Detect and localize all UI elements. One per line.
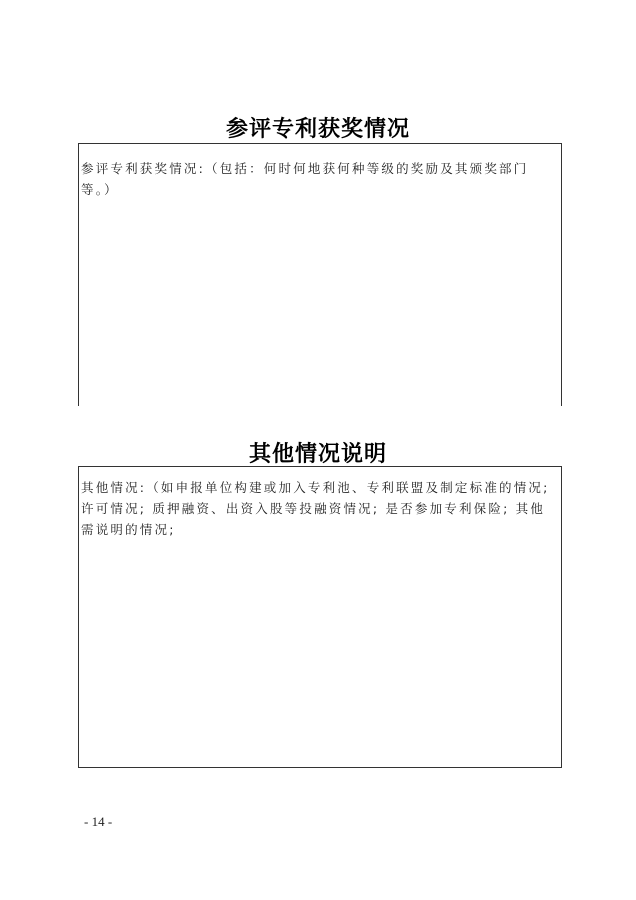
page-number: - 14 -: [84, 814, 112, 830]
award-info-prompt: 参评专利获奖情况:（包括：何时何地获何种等级的奖励及其颁奖部门等。）: [79, 144, 561, 200]
other-info-box[interactable]: 其他情况:（如申报单位构建或加入专利池、专利联盟及制定标准的情况; 许可情况; …: [78, 466, 562, 768]
other-info-prompt: 其他情况:（如申报单位构建或加入专利池、专利联盟及制定标准的情况; 许可情况; …: [79, 467, 561, 540]
section-title-award: 参评专利获奖情况: [0, 112, 636, 143]
award-info-box[interactable]: 参评专利获奖情况:（包括：何时何地获何种等级的奖励及其颁奖部门等。）: [78, 143, 562, 406]
section-title-other: 其他情况说明: [0, 437, 636, 468]
